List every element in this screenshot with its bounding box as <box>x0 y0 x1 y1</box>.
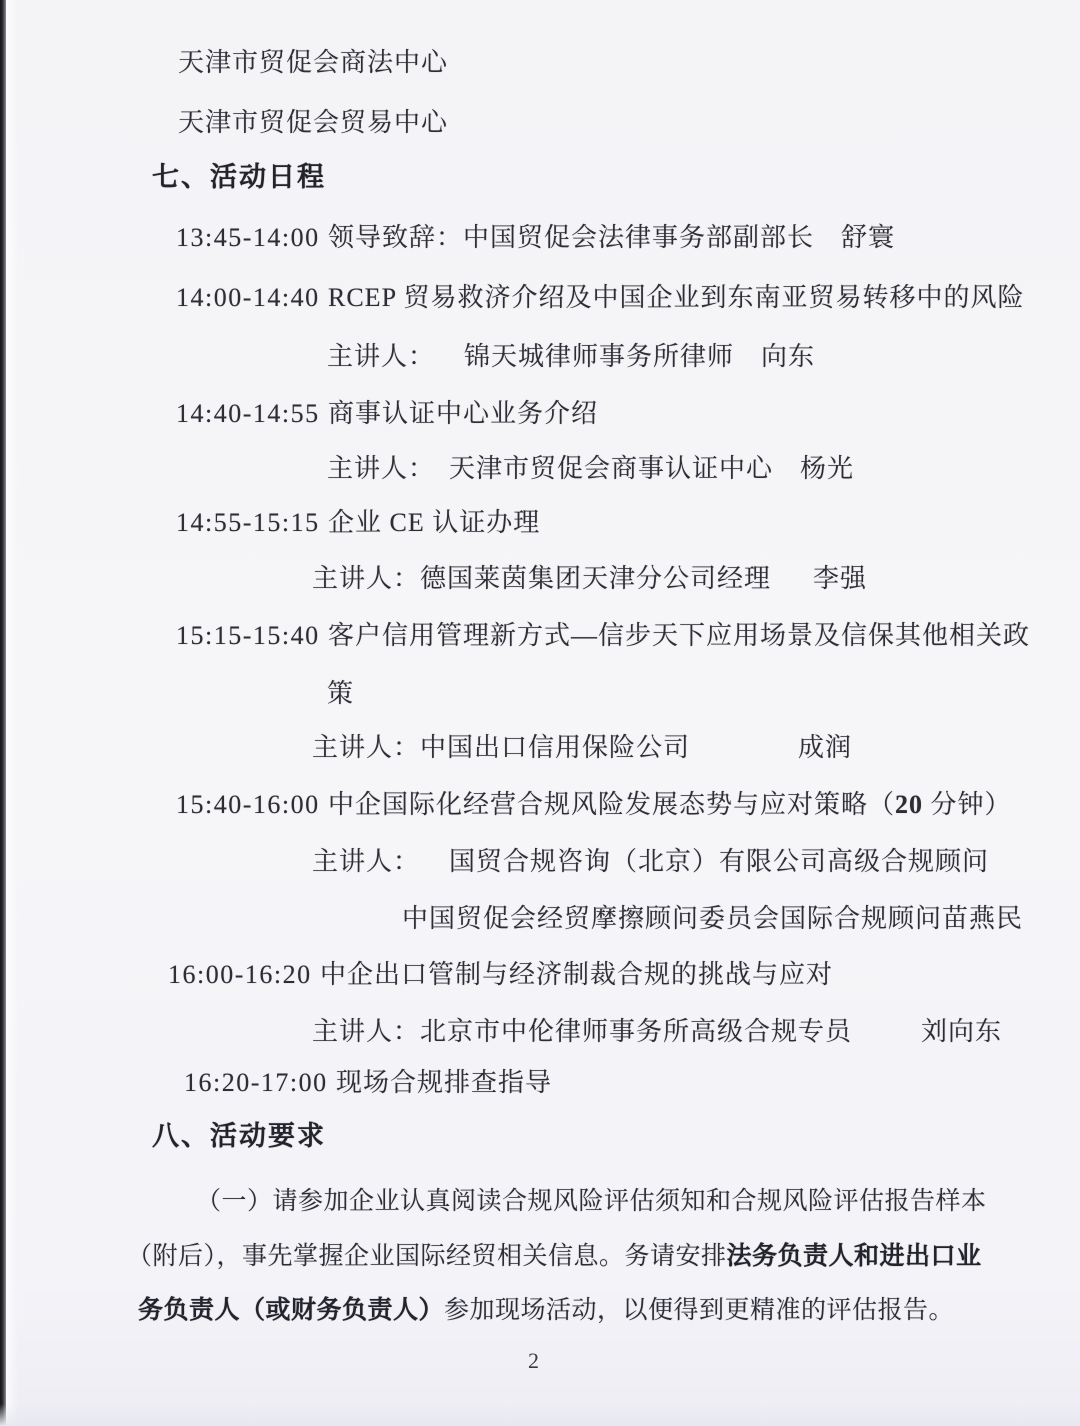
speaker-line: 主讲人： 天津市贸促会商事认证中心 杨光 <box>327 452 854 486</box>
schedule-row: 16:20-17:00现场合规排查指导 <box>184 1066 552 1100</box>
page-number: 2 <box>528 1348 539 1374</box>
duration-number: 20 <box>895 790 923 819</box>
speaker-line: 主讲人：德国莱茵集团天津分公司经理 李强 <box>312 562 867 596</box>
org-line-1: 天津市贸促会商法中心 <box>178 46 448 80</box>
schedule-time: 15:40-16:00 <box>176 788 328 822</box>
schedule-row: 16:00-16:20中企出口管制与经济制裁合规的挑战与应对 <box>168 958 833 992</box>
scan-bottom-shade <box>0 1404 1080 1426</box>
schedule-title: 商事认证中心业务介绍 <box>328 397 598 431</box>
document-page: 天津市贸促会商法中心 天津市贸促会贸易中心 七、活动日程 13:45-14:00… <box>0 0 1080 1426</box>
schedule-time: 15:15-15:40 <box>176 619 328 653</box>
speaker-line: 主讲人：中国出口信用保险公司 成润 <box>312 731 852 765</box>
requirements-line-3: 务负责人（或财务负责人）参加现场活动，以便得到更精准的评估报告。 <box>138 1294 954 1328</box>
requirements-line-1: （一）请参加企业认真阅读合规风险评估须知和合规风险评估报告样本 <box>196 1185 987 1219</box>
schedule-row: 15:15-15:40客户信用管理新方式—信步天下应用场景及信保其他相关政 <box>176 619 1030 653</box>
schedule-title: 现场合规排查指导 <box>336 1066 552 1100</box>
requirements-text: 参加现场活动，以便得到更精准的评估报告。 <box>444 1297 954 1324</box>
schedule-time: 14:00-14:40 <box>176 281 328 315</box>
title-text: 中企国际化经营合规风险发展态势与应对策略（ <box>328 790 895 819</box>
schedule-time: 16:20-17:00 <box>184 1066 336 1100</box>
speaker-line: 主讲人：北京市中伦律师事务所高级合规专员 刘向东 <box>312 1015 1002 1049</box>
speaker-line: 主讲人： 锦天城律师事务所律师 向东 <box>327 340 815 374</box>
schedule-time: 16:00-16:20 <box>168 958 320 992</box>
speaker-line: 主讲人： 国贸合规咨询（北京）有限公司高级合规顾问 <box>312 845 989 879</box>
schedule-title: 领导致辞：中国贸促会法律事务部副部长 舒寰 <box>328 221 895 255</box>
schedule-row: 14:55-15:15企业 CE 认证办理 <box>176 506 540 540</box>
section-heading-8: 八、活动要求 <box>152 1119 326 1153</box>
schedule-row: 15:40-16:00中企国际化经营合规风险发展态势与应对策略（20 分钟） <box>176 788 1012 822</box>
requirements-bold-text: 务负责人（或财务负责人） <box>138 1297 444 1324</box>
requirements-text: （附后），事先掌握企业国际经贸相关信息。务请安排 <box>127 1243 727 1270</box>
schedule-time: 14:55-15:15 <box>176 506 328 540</box>
schedule-row: 14:40-14:55商事认证中心业务介绍 <box>176 397 598 431</box>
title-continuation: 策 <box>327 677 354 711</box>
scan-left-highlight <box>6 0 18 1426</box>
title-text: 分钟） <box>923 790 1012 819</box>
schedule-row: 13:45-14:00领导致辞：中国贸促会法律事务部副部长 舒寰 <box>176 221 895 255</box>
org-line-2: 天津市贸促会贸易中心 <box>178 106 448 140</box>
schedule-time: 13:45-14:00 <box>176 221 328 255</box>
schedule-title: RCEP 贸易救济介绍及中国企业到东南亚贸易转移中的风险 <box>328 281 1025 315</box>
schedule-title: 中企国际化经营合规风险发展态势与应对策略（20 分钟） <box>328 788 1012 822</box>
schedule-row: 14:00-14:40RCEP 贸易救济介绍及中国企业到东南亚贸易转移中的风险 <box>176 281 1025 315</box>
requirements-bold-text: 法务负责人和进出口业 <box>727 1243 982 1270</box>
schedule-time: 14:40-14:55 <box>176 397 328 431</box>
schedule-title: 客户信用管理新方式—信步天下应用场景及信保其他相关政 <box>328 619 1030 653</box>
section-heading-7: 七、活动日程 <box>152 160 326 194</box>
schedule-title: 企业 CE 认证办理 <box>328 506 540 540</box>
schedule-title: 中企出口管制与经济制裁合规的挑战与应对 <box>320 958 833 992</box>
requirements-line-2: （附后），事先掌握企业国际经贸相关信息。务请安排法务负责人和进出口业 <box>127 1240 982 1274</box>
speaker-line-2: 中国贸促会经贸摩擦顾问委员会国际合规顾问苗燕民 <box>402 902 1023 936</box>
